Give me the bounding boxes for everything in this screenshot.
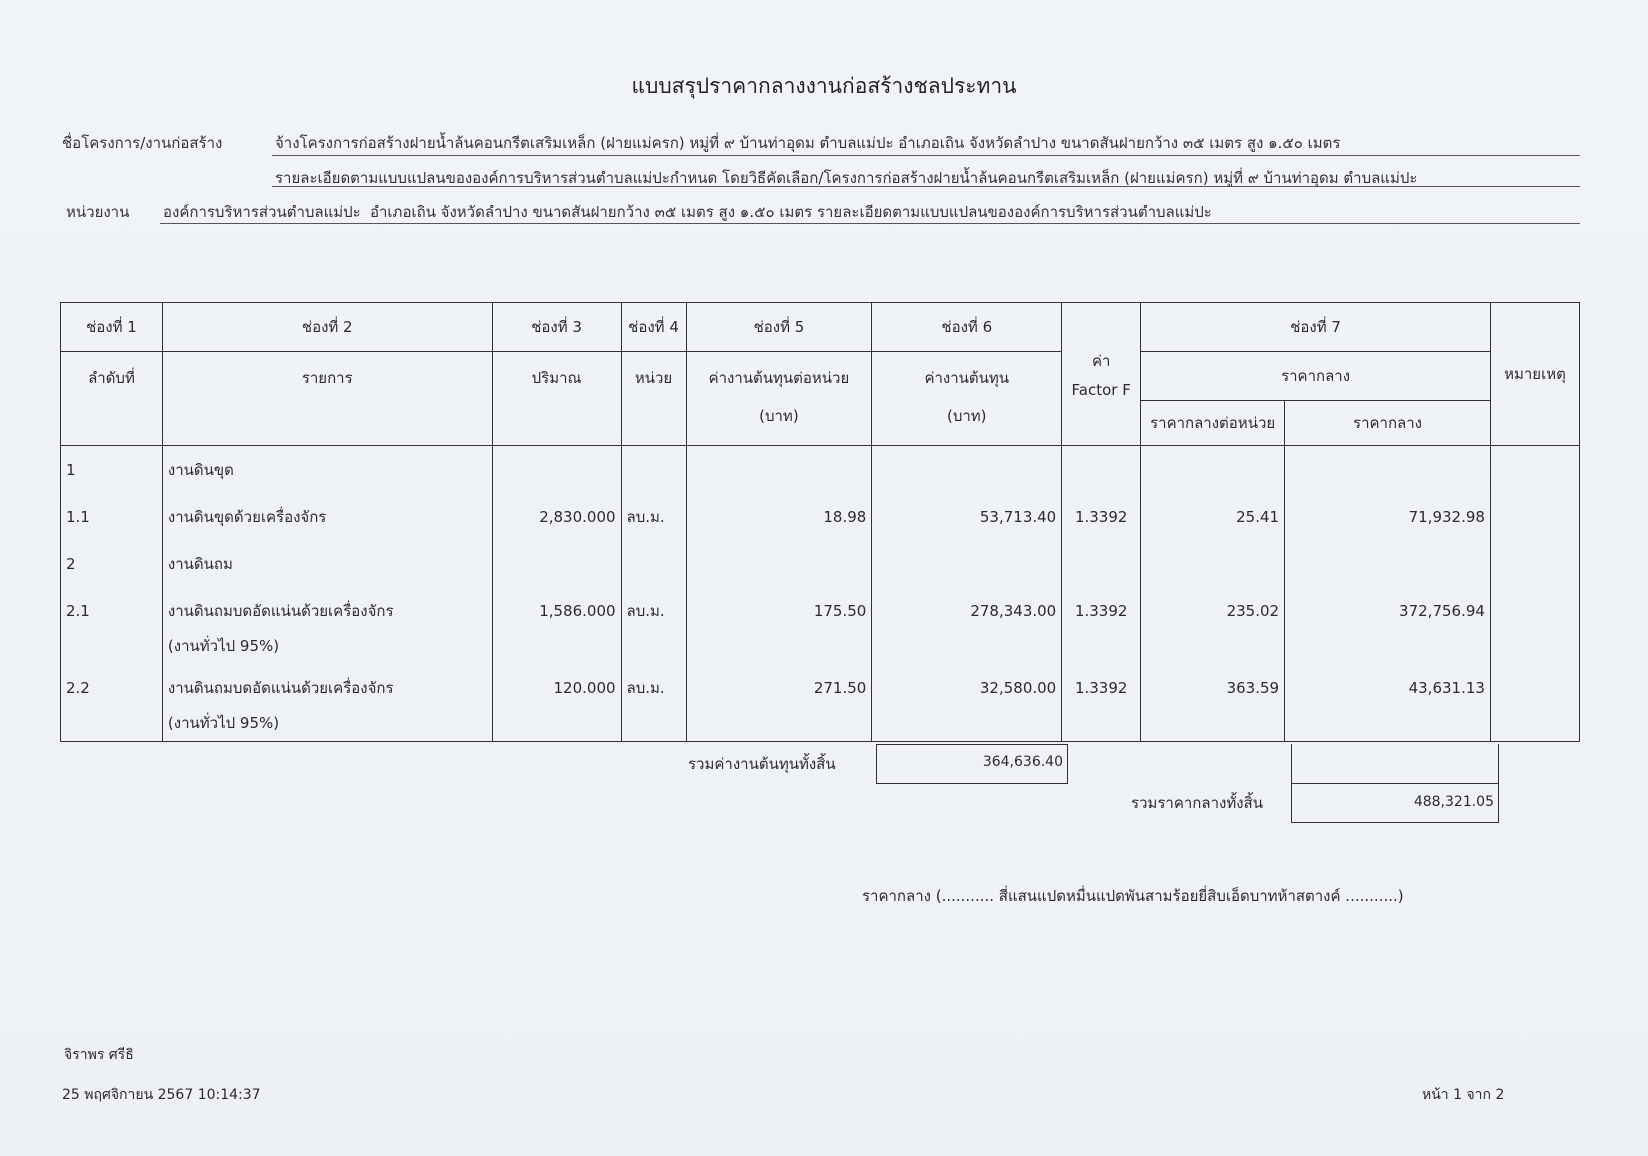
total-cost-box: 364,636.40 [876,744,1068,784]
row-unit-cost: 18.98 [686,493,872,540]
row-item: งานดินถมบดอัดแน่นด้วยเครื่องจักร [162,587,492,634]
col-header-4: ช่องที่ 4 [621,303,686,352]
median-price-subheader: ราคากลาง [1285,401,1491,446]
row-unit: ลบ.ม. [621,664,686,711]
row-item: งานดินขุดด้วยเครื่องจักร [162,493,492,540]
col-header-5: ช่องที่ 5 [686,303,872,352]
price-in-words: ราคากลาง (........... สี่แสนแปดหมื่นแปดพ… [862,884,1404,908]
item-header: รายการ [162,352,492,446]
row-qty: 2,830.000 [492,493,621,540]
page-number: หน้า 1 จาก 2 [1422,1084,1504,1106]
row-item: งานดินถม [162,540,492,587]
row-unit-cost: 175.50 [686,587,872,634]
cost-summary-table: ช่องที่ 1 ช่องที่ 2 ช่องที่ 3 ช่องที่ 4 … [60,302,1580,742]
factor-bottom: Factor F [1067,381,1135,399]
row-unit-price: 363.59 [1141,664,1285,711]
row-no: 2 [61,540,163,587]
row-item: งานดินขุด [162,446,492,494]
table-row-continuation: (งานทั่วไป 95%) [61,634,1580,664]
table-row-continuation: (งานทั่วไป 95%) [61,711,1580,742]
total-price-value: 488,321.05 [1414,794,1494,810]
row-factor: 1.3392 [1062,493,1141,540]
row-unit-cost: 271.50 [686,664,872,711]
print-datetime: 25 พฤศจิกายน 2567 10:14:37 [62,1084,261,1106]
col-header-3: ช่องที่ 3 [492,303,621,352]
col-header-2: ช่องที่ 2 [162,303,492,352]
cost-unit: (บาท) [877,404,1056,428]
unit-header: หน่วย [621,352,686,446]
row-unit: ลบ.ม. [621,493,686,540]
row-no: 1.1 [61,493,163,540]
row-no: 2.2 [61,664,163,711]
total-cost-value: 364,636.40 [983,754,1063,770]
median-price-header: ราคากลาง [1141,352,1491,401]
price-spacer-box [1291,744,1499,784]
row-factor: 1.3392 [1062,587,1141,634]
row-qty: 120.000 [492,664,621,711]
row-item-detail: (งานทั่วไป 95%) [162,711,492,742]
col-header-1: ช่องที่ 1 [61,303,163,352]
agency-overlap-text: อำเภอเถิน จังหวัดลำปาง ขนาดสันฝายกว้าง ๓… [370,200,1212,224]
unit-cost-label: ค่างานต้นทุนต่อหน่วย [692,366,867,390]
row-cost: 53,713.40 [872,493,1062,540]
factor-top: ค่า [1067,349,1135,373]
row-cost: 278,343.00 [872,587,1062,634]
row-price: 71,932.98 [1285,493,1491,540]
row-no: 1 [61,446,163,494]
row-factor: 1.3392 [1062,664,1141,711]
row-no: 2.1 [61,587,163,634]
agency-name: องค์การบริหารส่วนตำบลแม่ปะ [163,200,361,224]
row-qty: 1,586.000 [492,587,621,634]
table-row: 2.1 งานดินถมบดอัดแน่นด้วยเครื่องจักร 1,5… [61,587,1580,634]
row-cost: 32,580.00 [872,664,1062,711]
quantity-header: ปริมาณ [492,352,621,446]
row-item-detail: (งานทั่วไป 95%) [162,634,492,664]
col-header-7: ช่องที่ 7 [1141,303,1491,352]
document-page: แบบสรุปราคากลางงานก่อสร้างชลประทาน ชื่อโ… [0,0,1648,1156]
total-price-box: 488,321.05 [1291,783,1499,823]
divider [272,155,1580,156]
unit-cost-unit: (บาท) [692,404,867,428]
total-price-label: รวมราคากลางทั้งสิ้น [1131,791,1263,815]
preparer-name: จิราพร ศรีธิ [64,1044,134,1066]
row-price: 372,756.94 [1285,587,1491,634]
table-row: 2 งานดินถม [61,540,1580,587]
cost-label: ค่างานต้นทุน [877,366,1056,390]
row-price: 43,631.13 [1285,664,1491,711]
order-header: ลำดับที่ [61,352,163,446]
row-item: งานดินถมบดอัดแน่นด้วยเครื่องจักร [162,664,492,711]
total-cost-label: รวมค่างานต้นทุนทั้งสิ้น [688,752,836,776]
divider [160,223,1580,224]
row-unit-price: 235.02 [1141,587,1285,634]
factor-f-header: ค่า Factor F [1062,303,1141,446]
project-label: ชื่อโครงการ/งานก่อสร้าง [62,131,222,155]
row-unit: ลบ.ม. [621,587,686,634]
table-row: 2.2 งานดินถมบดอัดแน่นด้วยเครื่องจักร 120… [61,664,1580,711]
col-header-6: ช่องที่ 6 [872,303,1062,352]
unit-cost-header: ค่างานต้นทุนต่อหน่วย (บาท) [686,352,872,446]
cost-header: ค่างานต้นทุน (บาท) [872,352,1062,446]
project-line-1: จ้างโครงการก่อสร้างฝายน้ำล้นคอนกรีตเสริม… [275,131,1340,155]
table-row: 1 งานดินขุด [61,446,1580,494]
divider [272,186,1580,187]
document-title: แบบสรุปราคากลางงานก่อสร้างชลประทาน [0,70,1648,103]
median-unit-price-header: ราคากลางต่อหน่วย [1141,401,1285,446]
agency-label: หน่วยงาน [66,200,129,224]
remarks-header: หมายเหตุ [1490,303,1579,446]
row-unit-price: 25.41 [1141,493,1285,540]
table-row: 1.1 งานดินขุดด้วยเครื่องจักร 2,830.000 ล… [61,493,1580,540]
